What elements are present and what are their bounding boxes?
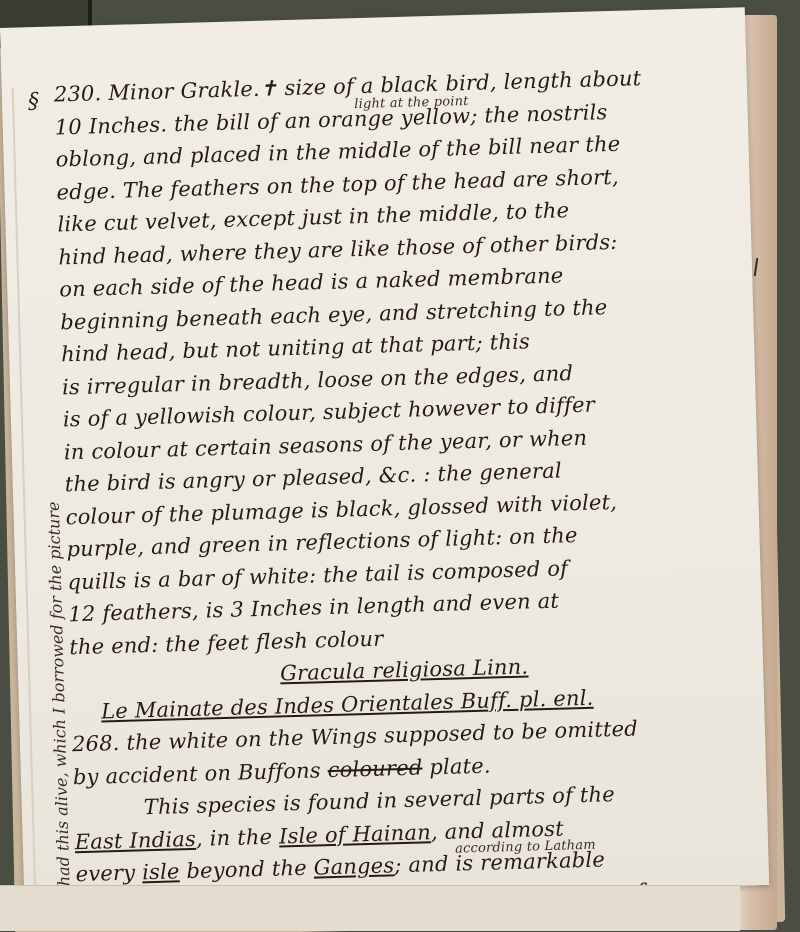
text-fragment: every (75, 860, 142, 886)
place-ganges: Ganges (313, 853, 394, 879)
text-fragment: , in the (196, 824, 280, 850)
place-east-indias: East Indias (74, 826, 196, 853)
section-mark: § (28, 89, 40, 114)
line-18: the end: the feet flesh colour (69, 626, 384, 659)
word-isle: isle (142, 859, 180, 884)
manuscript-text: 230. Minor Grakle.✝ size of a black bird… (53, 59, 766, 923)
text-fragment: beyond the (179, 856, 314, 884)
lower-page-sheet (0, 885, 740, 931)
manuscript-page: ✝ I had this alive, which I borrowed for… (0, 7, 769, 905)
insertion-note: according to Latham (455, 830, 597, 866)
plate-note-end: plate. (422, 753, 491, 779)
latin-name: Gracula religiosa Linn. (280, 655, 529, 686)
plate-note-cont: by accident on Buffons (73, 758, 328, 789)
place-hainan: Isle of Hainan (279, 820, 432, 848)
insertion-note: light at the point (354, 85, 469, 121)
struck-word: coloured (327, 755, 422, 782)
